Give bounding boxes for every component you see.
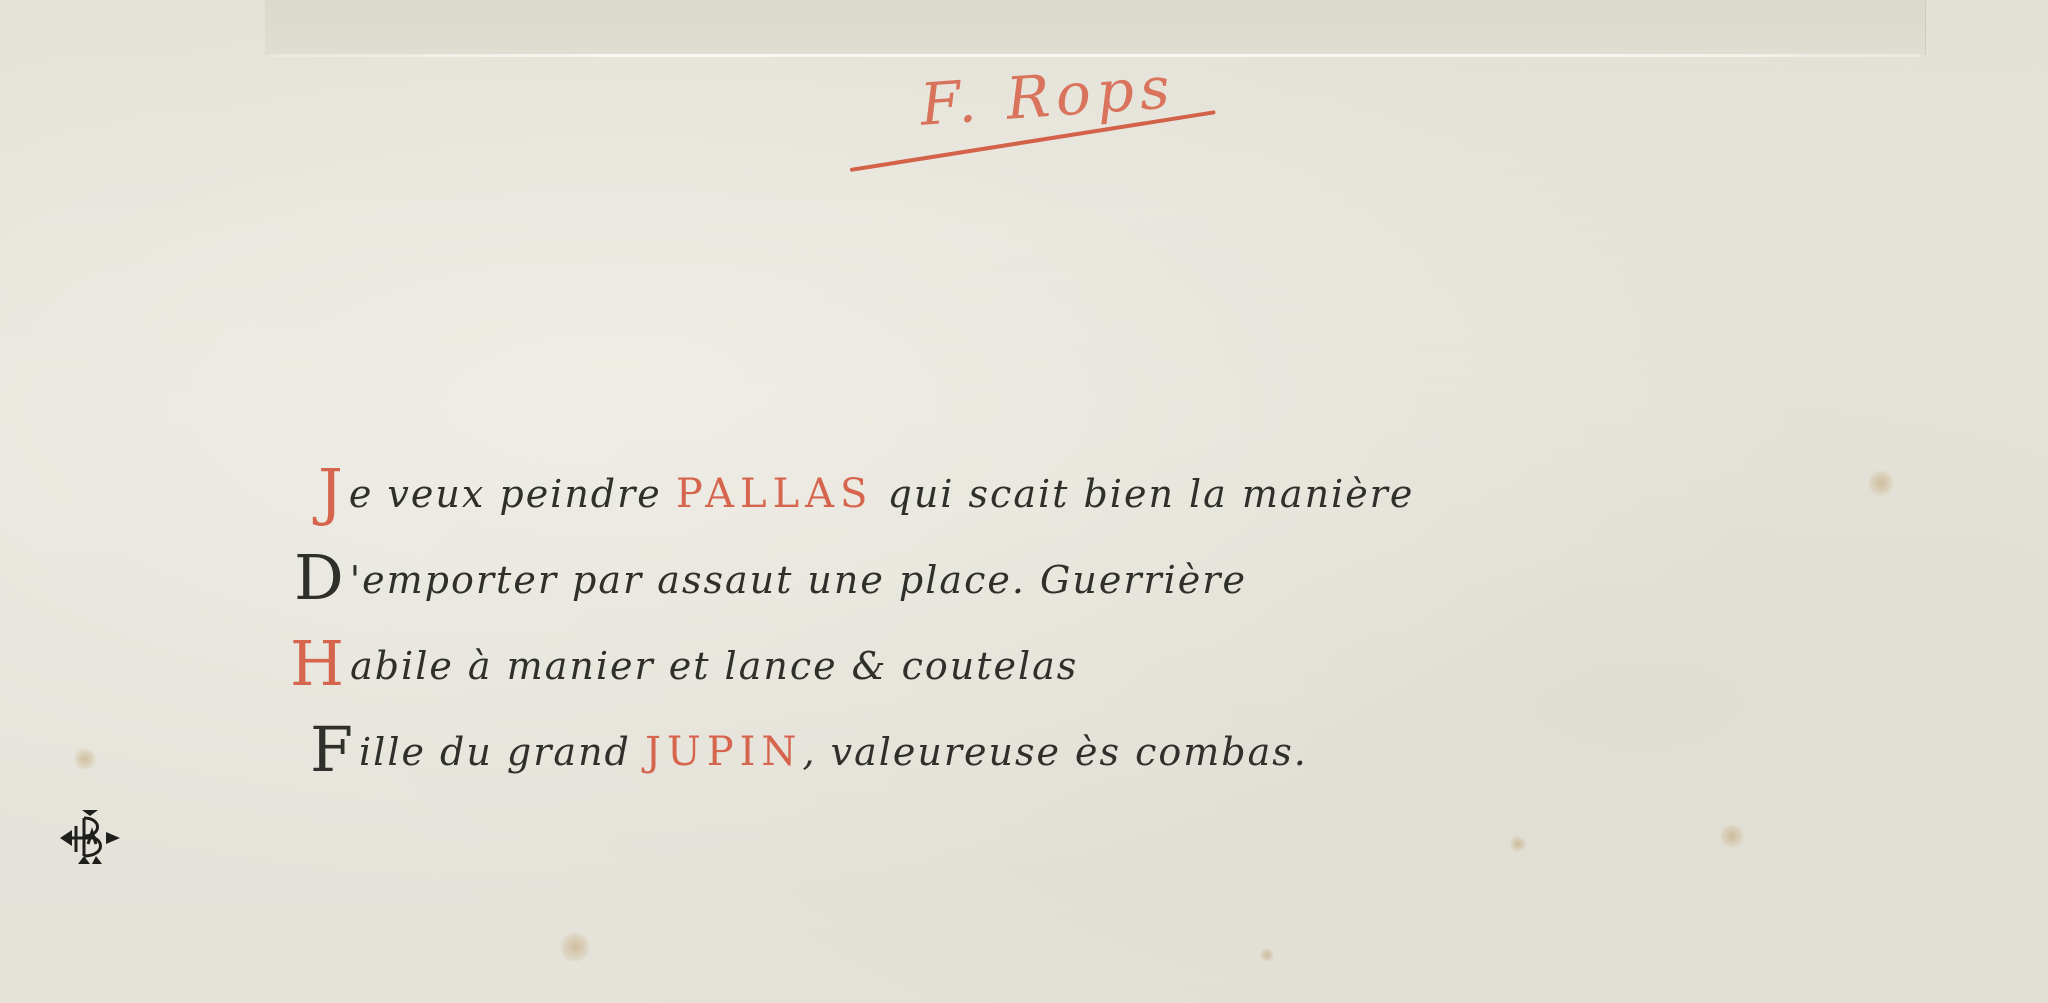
foxing-spot bbox=[1260, 948, 1274, 962]
line-initial: H bbox=[290, 627, 346, 700]
line-text: e veux peindre bbox=[349, 472, 676, 516]
poem-line-1: Je veux peindre PALLAS qui scait bien la… bbox=[318, 455, 1818, 541]
line-initial: D bbox=[294, 541, 346, 614]
foxing-spot bbox=[1720, 824, 1744, 848]
line-text: ille du grand bbox=[359, 730, 645, 774]
foxing-spot bbox=[560, 932, 590, 962]
monogram-collector-mark-icon bbox=[58, 808, 122, 866]
line-initial: J bbox=[318, 455, 345, 528]
poem-line-4: Fille du grand JUPIN, valeureuse ès comb… bbox=[310, 713, 1810, 799]
plate-mark-line bbox=[270, 54, 1920, 57]
poem-line-3: Habile à manier et lance & coutelas bbox=[290, 627, 1790, 713]
poem-line-2: D'emporter par assaut une place. Guerriè… bbox=[294, 541, 1794, 627]
line-text: , valeureuse ès combas. bbox=[802, 730, 1307, 774]
foxing-spot bbox=[1510, 836, 1526, 852]
line-text: 'emporter par assaut une place. Guerrièr… bbox=[350, 558, 1247, 602]
etching-plate-area bbox=[265, 0, 1926, 55]
line-initial: F bbox=[310, 713, 355, 786]
foxing-spot bbox=[1868, 470, 1894, 496]
line-text: abile à manier et lance & coutelas bbox=[350, 644, 1078, 688]
highlight-word-jupin: JUPIN bbox=[645, 729, 802, 775]
highlight-word-pallas: PALLAS bbox=[676, 471, 874, 517]
handwritten-poem: Je veux peindre PALLAS qui scait bien la… bbox=[300, 455, 1800, 799]
line-text: qui scait bien la manière bbox=[873, 472, 1414, 516]
foxing-spot bbox=[74, 748, 96, 770]
